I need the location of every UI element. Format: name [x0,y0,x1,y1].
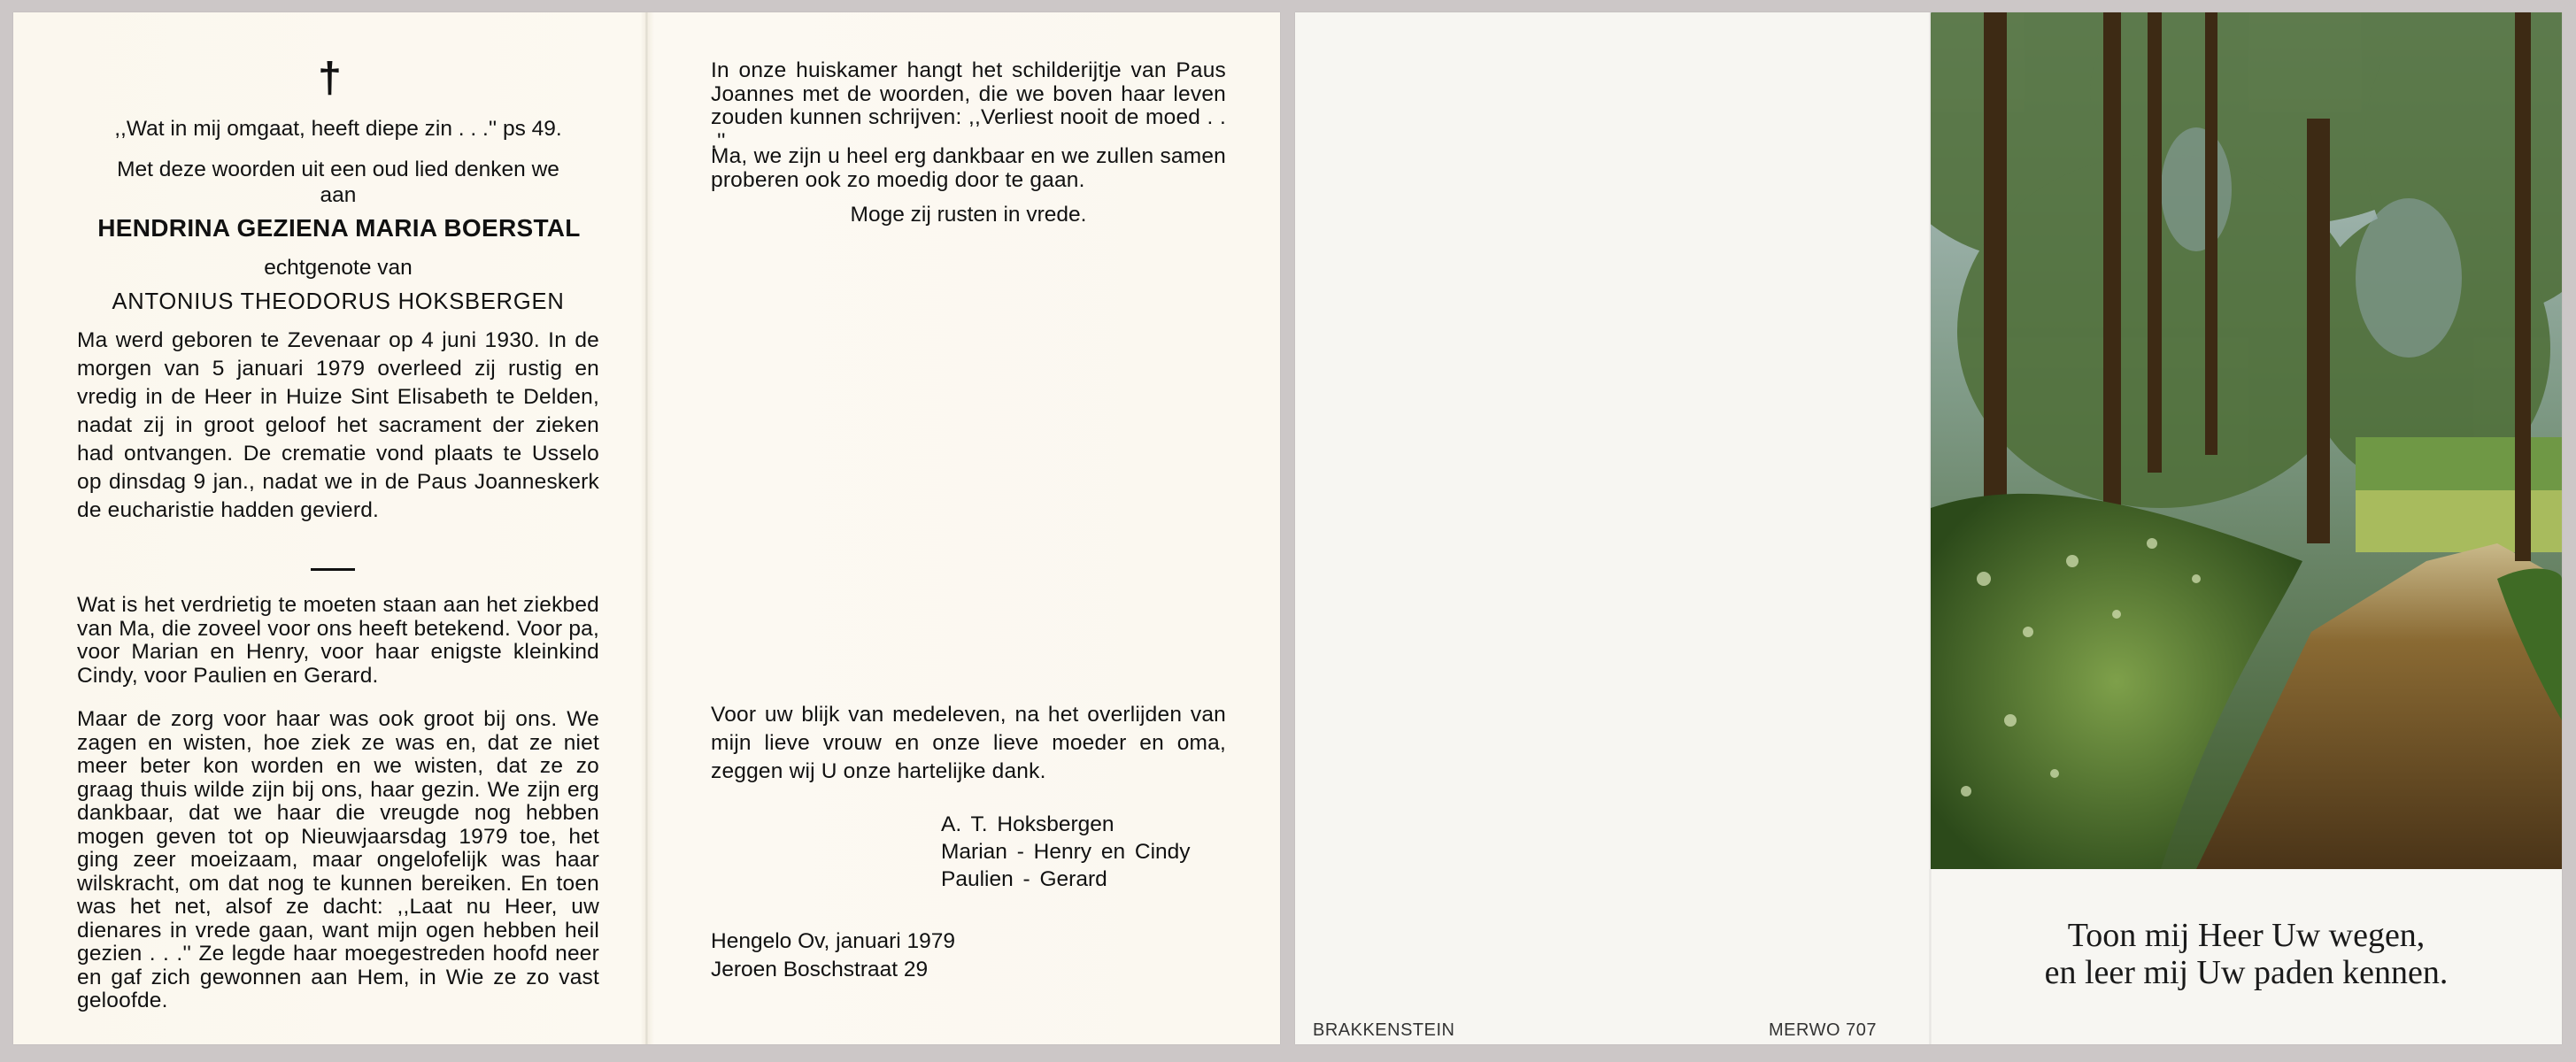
biography-paragraph: Ma werd geboren te Zevenaar op 4 juni 19… [77,327,599,525]
caption-line: Toon mij Heer Uw wegen, [1931,917,2562,954]
rest-in-peace: Moge zij rusten in vrede. [711,203,1226,227]
signatures: A. T. Hoksbergen Marian - Henry en Cindy… [941,811,1191,893]
front-panel: Toon mij Heer Uw wegen, en leer mij Uw p… [1931,12,2562,1044]
landscape-photo [1931,12,2562,869]
spouse-label: echtgenote van [77,256,599,281]
reflection-paragraph: Maar de zorg voor haar was ook groot bij… [77,708,599,1013]
painting-paragraph: In onze huiskamer hangt het schilderijtj… [711,59,1226,153]
inner-left-panel: † ,,Wat in mij omgaat, heeft diepe zin .… [13,12,646,1044]
memorial-card-outside: BRAKKENSTEIN MERWO 707 [1295,12,2562,1044]
intro-text: Met deze woorden uit een oud lied denken… [77,157,599,208]
tree-path-illustration [1931,12,2562,869]
caption: Toon mij Heer Uw wegen, en leer mij Uw p… [1931,917,2562,991]
publisher-label: BRAKKENSTEIN [1313,1020,1454,1041]
signature-line: Marian - Henry en Cindy [941,838,1191,866]
inner-right-panel: In onze huiskamer hangt het schilderijtj… [647,12,1280,1044]
back-panel: BRAKKENSTEIN MERWO 707 [1295,12,1931,1044]
signature-line: Paulien - Gerard [941,866,1191,893]
divider [311,568,355,571]
caption-line: en leer mij Uw paden kennen. [1931,954,2562,991]
deceased-name: HENDRINA GEZIENA MARIA BOERSTAL [73,214,605,242]
intro-line: Met deze woorden uit een oud lied denken… [77,157,599,182]
spouse-name: ANTONIUS THEODORUS HOKSBERGEN [77,289,599,315]
intro-line: aan [77,182,599,208]
thanks-paragraph: Voor uw blijk van medeleven, na het over… [711,701,1226,786]
reflection-paragraph: Wat is het verdrietig te moeten staan aa… [77,594,599,688]
address-line: Hengelo Ov, januari 1979 [711,927,955,956]
address-line: Jeroen Boschstraat 29 [711,956,955,984]
signature-line: A. T. Hoksbergen [941,811,1191,838]
epigraph: ,,Wat in mij omgaat, heeft diepe zin . .… [77,117,599,142]
product-code: MERWO 707 [1769,1020,1877,1041]
cross-icon: † [13,57,646,101]
memorial-card-inside: † ,,Wat in mij omgaat, heeft diepe zin .… [13,12,1280,1044]
address: Hengelo Ov, januari 1979 Jeroen Boschstr… [711,927,955,984]
gratitude-paragraph: Ma, we zijn u heel erg dankbaar en we zu… [711,145,1226,192]
